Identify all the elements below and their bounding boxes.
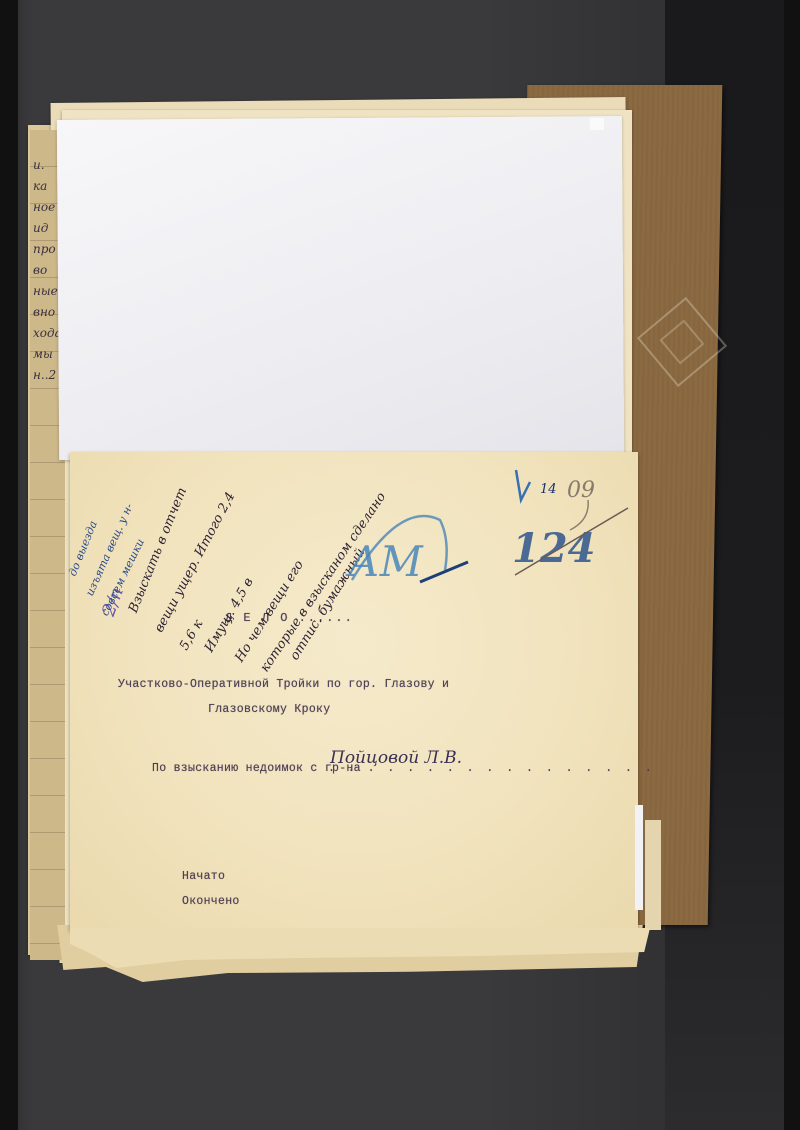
blue-pencil-initials: АМ (348, 537, 423, 586)
margin-writing-line: мы (33, 344, 61, 365)
pencil-mark: 09 (567, 478, 595, 503)
margin-writing-line: вно (33, 302, 61, 323)
scan-border-right (784, 0, 800, 1130)
margin-writing-line: хода (33, 323, 61, 344)
subject-name-handwritten: Пойцовой Л.В. (330, 748, 462, 768)
started-label: Начато (182, 870, 225, 883)
ended-label: Окончено (182, 895, 240, 908)
margin-writing-line: н..2 (33, 365, 61, 386)
scan-border-left (0, 0, 18, 1130)
margin-writing-line: ные (33, 281, 61, 302)
sheet-number: 14 (540, 482, 557, 497)
margin-writing-line: во (33, 260, 61, 281)
sheet-corner (590, 118, 604, 130)
organization-line-1: Участково-Оперативной Тройки по гор. Гла… (118, 678, 449, 691)
white-page-edge (635, 805, 643, 910)
organization-line-2: Глазовскому Кроку (208, 703, 330, 716)
page-edge (645, 820, 661, 930)
blank-cover-sheet (57, 116, 624, 460)
file-number-crossed: 124 (512, 525, 596, 572)
